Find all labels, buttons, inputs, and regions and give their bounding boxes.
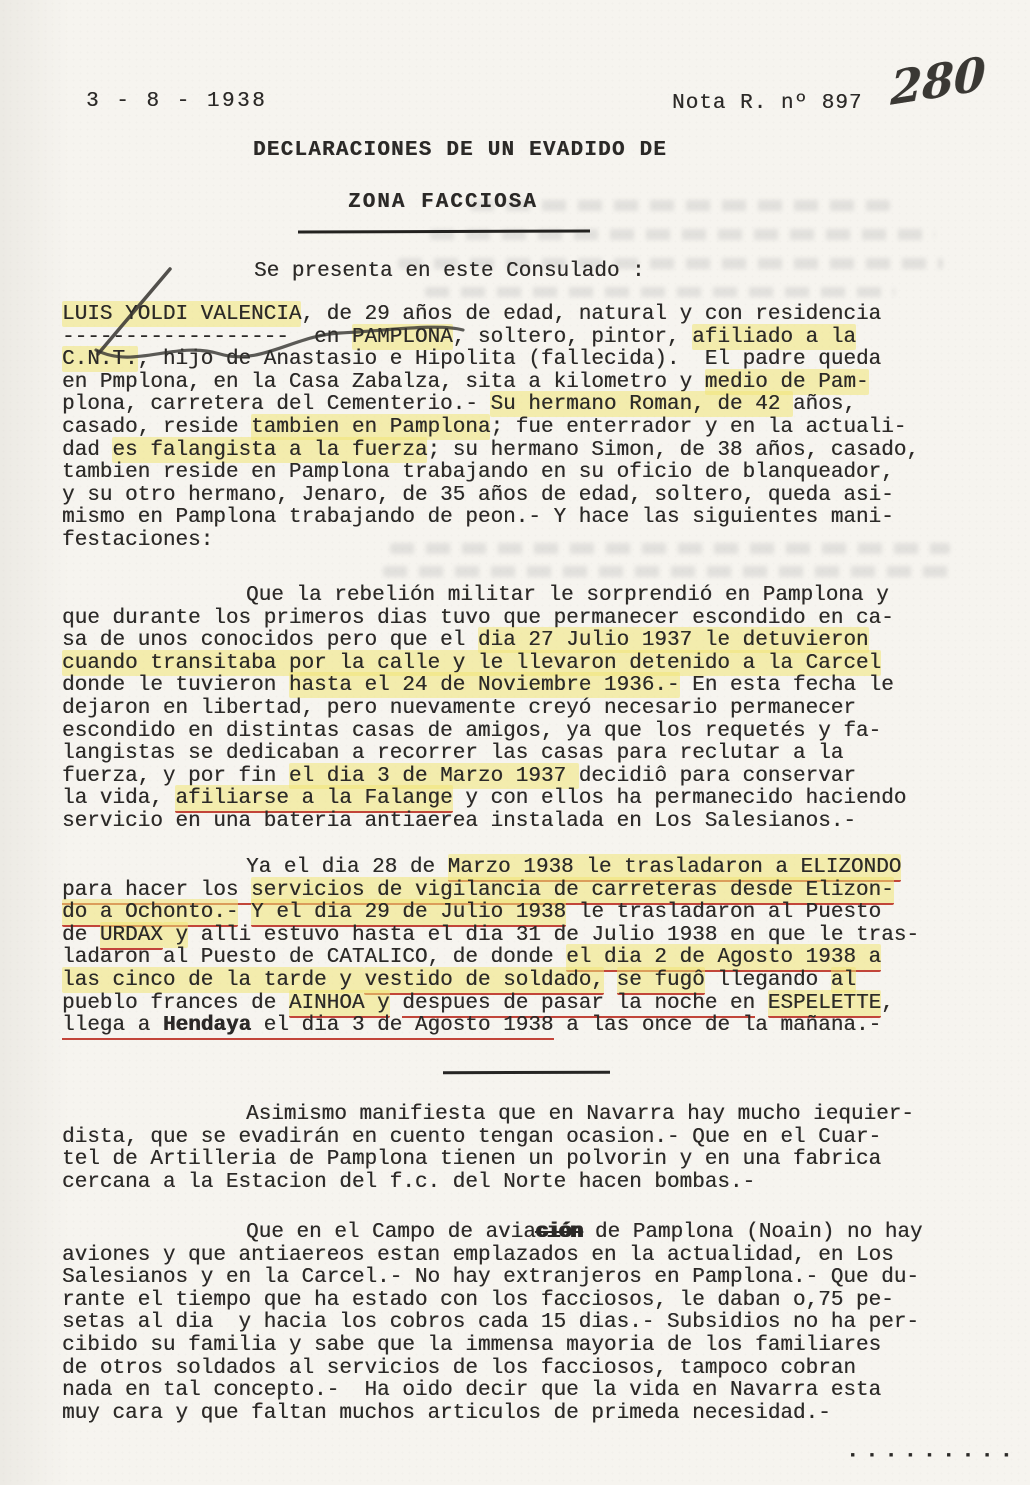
text-line: aviones y que antiaereos estan emplazado… [62, 1245, 972, 1268]
text-line: cercana a la Estacion del f.c. del Norte… [62, 1172, 972, 1195]
text-line: cibido su familia y sabe que la immensa … [62, 1335, 972, 1358]
text-segment: setas al dia y hacia los cobros cada 15 … [62, 1311, 919, 1334]
text-segment: llegando [705, 969, 831, 992]
text-segment [755, 992, 768, 1015]
highlighted-text: y [163, 922, 188, 948]
text-segment: la vida, [62, 787, 175, 810]
text-segment: aviones y que antiaereos estan emplazado… [62, 1244, 894, 1267]
underlined-text: Hendaya [163, 1014, 251, 1040]
bleed-through-ghost [383, 566, 958, 577]
text-segment: tel de Artilleria de Pamplona tienen un … [62, 1148, 881, 1171]
document-title: DECLARACIONES DE UN EVADIDO DE [253, 139, 667, 162]
text-segment: casado, reside [62, 416, 251, 439]
underlined-text: el dia 3 de Agosto 1938 [264, 1014, 554, 1040]
text-line: do a Ochonto.- Y el dia 29 de Julio 1938… [62, 902, 972, 925]
text-segment: ------------------ en [62, 326, 352, 349]
text-line: Que en el Campo de aviación de Pamplona … [62, 1222, 972, 1245]
text-line: mismo en Pamplona trabajando de peon.- Y… [62, 507, 972, 530]
text-line: servicio en una bateria antiaerea instal… [62, 811, 972, 834]
text-line: ------------------ en PAMPLONA, soltero,… [62, 327, 972, 350]
text-segment: alli estuvo hasta el dia 31 de Julio 193… [188, 924, 919, 947]
text-segment: , soltero, pintor, [453, 326, 692, 349]
text-line: nada en tal concepto.- Ha oido decir que… [62, 1380, 972, 1403]
text-line: Que la rebelión militar le sorprendió en… [62, 585, 972, 608]
text-segment: muy cara y que faltan muchos articulos d… [62, 1402, 831, 1425]
highlighted-text: LUIS YOLDI VALENCIA [62, 301, 301, 327]
text-segment [238, 901, 251, 924]
paragraph-4: Asimismo manifiesta que en Navarra hay m… [62, 1104, 972, 1194]
highlighted-text: afiliado a la [692, 324, 856, 350]
text-segment: mismo en Pamplona trabajando de peon.- Y… [62, 506, 894, 529]
text-line: pueblo frances de AINHOA y despues de pa… [62, 993, 972, 1016]
text-line: setas al dia y hacia los cobros cada 15 … [62, 1312, 972, 1335]
overstruck-text: ción [536, 1221, 582, 1244]
paragraph-3: Ya el dia 28 de Marzo 1938 le trasladaro… [62, 857, 972, 1038]
handwritten-page-number: 280 [890, 46, 986, 116]
text-segment: de otros soldados al servicios de los fa… [62, 1357, 856, 1380]
highlighted-text: se fugô [617, 967, 705, 995]
text-line: rante el tiempo que ha estado con los fa… [62, 1290, 972, 1313]
text-line: tel de Artilleria de Pamplona tienen un … [62, 1149, 972, 1172]
text-line: Salesianos y en la Carcel.- No hay extra… [62, 1267, 972, 1290]
text-line: dejaron en libertad, pero nuevamente cre… [62, 698, 972, 721]
highlighted-text: hasta el 24 de Noviembre 1936.- [289, 672, 680, 698]
text-segment: Salesianos y en la Carcel.- No hay extra… [62, 1266, 919, 1289]
text-line: tambien reside en Pamplona trabajando en… [62, 462, 972, 485]
paragraph-5: Que en el Campo de aviación de Pamplona … [62, 1222, 972, 1425]
text-line: escondido en distintas casas de amigos, … [62, 721, 972, 744]
underlined-text [251, 1014, 264, 1040]
text-segment: decidiô para conservar [579, 765, 856, 788]
text-segment: en Pmplona, en la Casa Zabalza, sita a k… [62, 371, 705, 394]
bleed-through-ghost [425, 287, 895, 297]
text-segment: servicio en una bateria antiaerea instal… [62, 810, 856, 833]
text-segment: tambien reside en Pamplona trabajando en… [62, 461, 894, 484]
text-segment: festaciones: [62, 529, 213, 552]
text-segment: escondido en distintas casas de amigos, … [62, 720, 881, 743]
text-line: de otros soldados al servicios de los fa… [62, 1358, 972, 1381]
text-segment: sa de unos conocidos pero que el [62, 629, 478, 652]
text-line: donde le tuvieron hasta el 24 de Noviemb… [62, 675, 972, 698]
text-line: dad es falangista a la fuerza; su herman… [62, 440, 972, 463]
text-segment: , hijo de Anastasio e Hipolita (fallecid… [138, 348, 882, 371]
highlighted-text: Su hermano Roman, de 42 [490, 391, 792, 417]
highlighted-text: es falangista a la fuerza [112, 437, 427, 463]
text-segment: Ya el dia 28 de [246, 856, 448, 879]
text-segment: langistas se dedicaban a recorrer las ca… [62, 742, 843, 765]
text-segment: y con ellos ha permanecido haciendo [453, 787, 907, 810]
text-line: y su otro hermano, Jenaro, de 35 años de… [62, 485, 972, 508]
text-segment: Asimismo manifiesta que en Navarra hay m… [246, 1103, 914, 1126]
text-segment: de Pamplona (Noain) no hay [582, 1221, 922, 1244]
text-segment: dejaron en libertad, pero nuevamente cre… [62, 697, 856, 720]
text-line: plona, carretera del Cementerio.- Su her… [62, 394, 972, 417]
text-segment: cercana a la Estacion del f.c. del Norte… [62, 1171, 755, 1194]
text-segment: dad [62, 439, 112, 462]
text-segment [390, 992, 403, 1015]
text-segment: pueblo frances de [62, 992, 289, 1015]
highlighted-text: PAMPLONA [352, 324, 453, 350]
text-segment: donde le tuvieron [62, 674, 289, 697]
text-segment: dista, que se evadirán en cuento tengan … [62, 1126, 881, 1149]
note-reference: Nota R. nº 897 [672, 92, 862, 115]
text-line: dista, que se evadirán en cuento tengan … [62, 1127, 972, 1150]
text-segment: rante el tiempo que ha estado con los fa… [62, 1289, 894, 1312]
text-segment: plona, carretera del Cementerio.- [62, 393, 490, 416]
text-segment [604, 969, 617, 992]
text-segment: Que la rebelión militar le sorprendió en… [246, 584, 889, 607]
text-segment: ; fue enterrador y en la actuali- [490, 416, 906, 439]
text-line: muy cara y que faltan muchos articulos d… [62, 1403, 972, 1426]
text-segment: Que en el Campo de avia [246, 1221, 536, 1244]
text-line: la vida, afiliarse a la Falange y con el… [62, 788, 972, 811]
underlined-text: llega a [62, 1014, 163, 1040]
text-line: Asimismo manifiesta que en Navarra hay m… [62, 1104, 972, 1127]
text-segment: nada en tal concepto.- Ha oido decir que… [62, 1379, 881, 1402]
intro-line: Se presenta en este Consulado : [254, 260, 645, 283]
text-segment: a las once de la mañana.- [554, 1014, 882, 1037]
text-segment: que durante los primeros dias tuvo que p… [62, 607, 894, 630]
text-segment: fuerza, y por fin [62, 765, 289, 788]
document-date: 3 - 8 - 1938 [86, 90, 267, 113]
text-segment: de [62, 924, 100, 947]
text-segment: ladaron al Puesto de CATALICO, de donde [62, 946, 566, 969]
document-subtitle: ZONA FACCIOSA [348, 191, 538, 214]
text-segment: cibido su familia y sabe que la immensa … [62, 1334, 881, 1357]
text-segment: años, [793, 393, 856, 416]
paragraph-2: Que la rebelión militar le sorprendió en… [62, 585, 972, 834]
text-segment: , [881, 992, 894, 1015]
text-segment: ; su hermano Simon, de 38 años, casado, [427, 439, 918, 462]
ellipsis-dots: ········· [846, 1443, 1019, 1468]
paragraph-1: LUIS YOLDI VALENCIA, de 29 años de edad,… [62, 304, 972, 553]
text-line: festaciones: [62, 530, 972, 553]
document-page: 3 - 8 - 1938 Nota R. nº 897 280 DECLARAC… [0, 0, 1030, 1485]
text-segment: y su otro hermano, Jenaro, de 35 años de… [62, 484, 894, 507]
text-segment: , de 29 años de edad, natural y con resi… [301, 303, 881, 326]
text-segment: le trasladaron al Puesto [566, 901, 881, 924]
highlighted-text: C.N.T. [62, 346, 138, 372]
text-segment: En esta fecha le [680, 674, 894, 697]
text-line: llega a Hendaya el dia 3 de Agosto 1938 … [62, 1015, 972, 1038]
section-divider [443, 1071, 610, 1074]
